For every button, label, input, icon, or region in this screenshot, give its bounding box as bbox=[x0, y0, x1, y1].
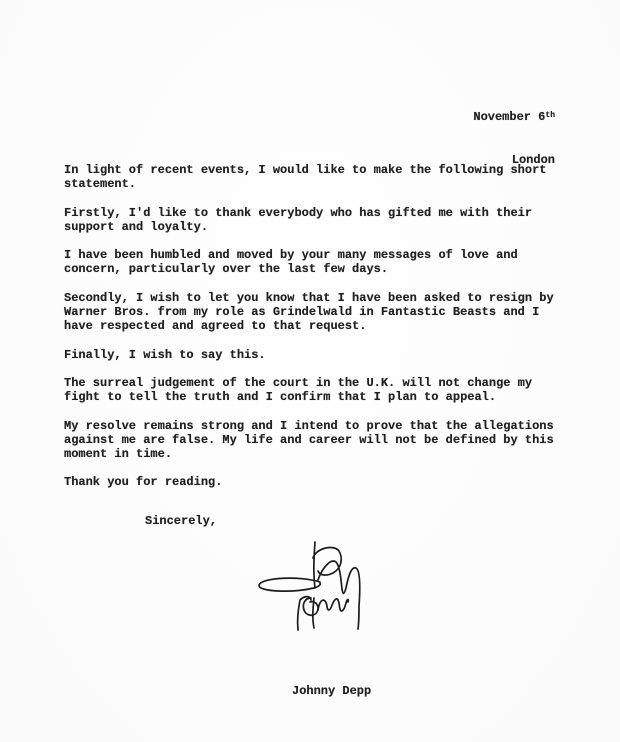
date-text: November 6 bbox=[473, 110, 545, 124]
letter-paragraph: Secondly, I wish to let you know that I … bbox=[64, 291, 569, 334]
signature-stroke bbox=[318, 599, 348, 611]
letter-paragraph: Firstly, I'd like to thank everybody who… bbox=[64, 206, 569, 234]
date-ordinal-suffix: th bbox=[545, 111, 555, 120]
signed-name: Johnny Depp bbox=[292, 684, 371, 698]
closing-salutation: Sincerely, bbox=[145, 514, 569, 528]
letter-body: In light of recent events, I would like … bbox=[64, 163, 569, 528]
letter-paragraph: The surreal judgement of the court in th… bbox=[64, 376, 569, 404]
signature-stroke bbox=[313, 547, 341, 575]
date-line: November 6th bbox=[473, 110, 555, 124]
letter-paragraph: I have been humbled and moved by your ma… bbox=[64, 248, 569, 276]
letter-page: November 6th London In light of recent e… bbox=[0, 0, 620, 742]
signature-stroke bbox=[303, 598, 318, 628]
letter-paragraph: Finally, I wish to say this. bbox=[64, 348, 569, 362]
letter-paragraph: Thank you for reading. bbox=[64, 475, 569, 489]
letter-paragraph: In light of recent events, I would like … bbox=[64, 163, 569, 191]
signature-stroke bbox=[259, 578, 320, 591]
signature-stroke bbox=[318, 561, 360, 629]
signature-icon bbox=[252, 540, 367, 635]
paragraphs: In light of recent events, I would like … bbox=[64, 163, 569, 490]
letter-paragraph: My resolve remains strong and I intend t… bbox=[64, 419, 569, 462]
